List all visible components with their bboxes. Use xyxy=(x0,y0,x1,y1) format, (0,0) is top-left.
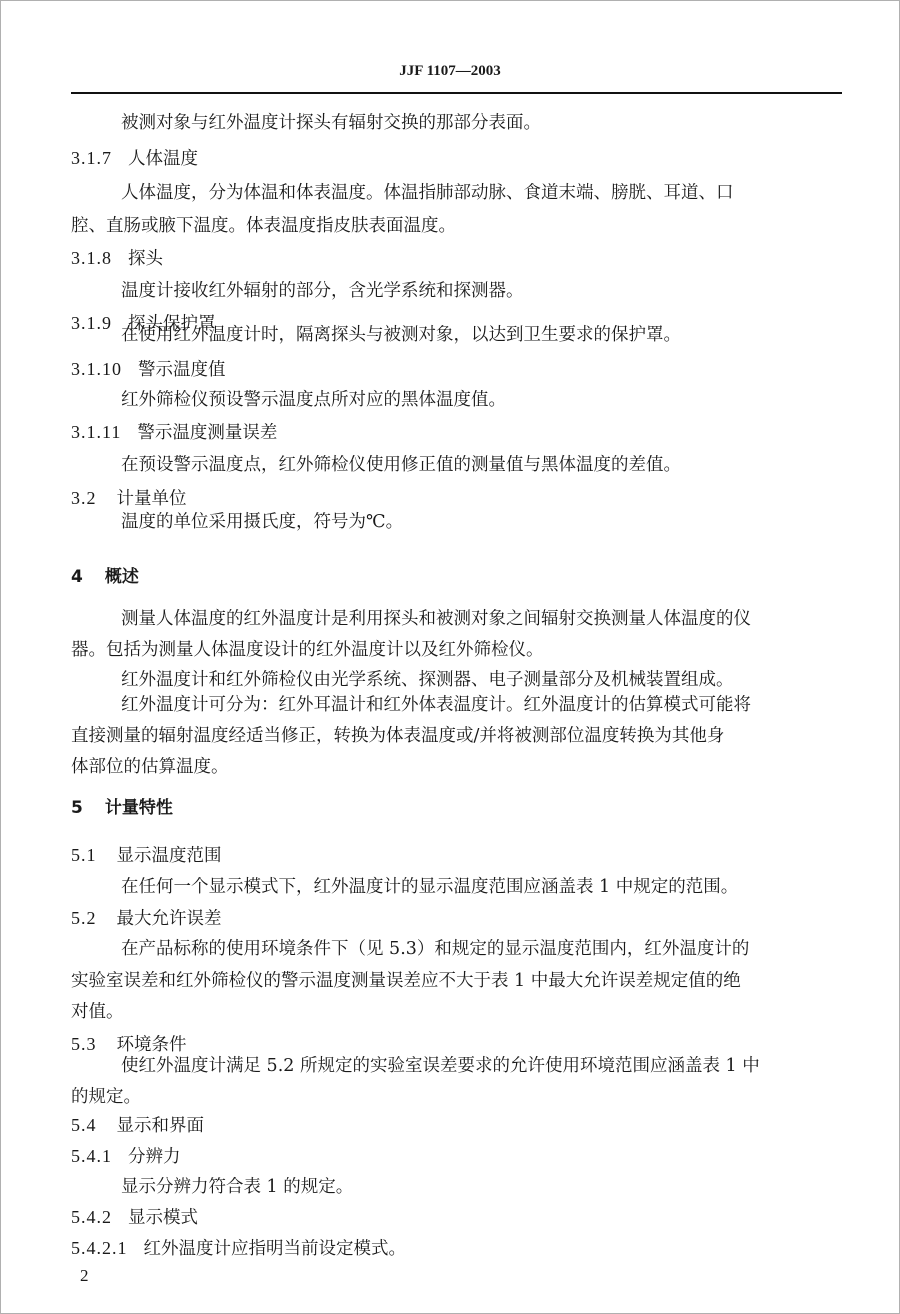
section-heading-5: 5计量特性 xyxy=(71,797,173,819)
clause-title: 分辨力 xyxy=(128,1147,181,1167)
clause-heading-5-4-1: 5.4.1分辨力 xyxy=(71,1145,181,1168)
section-heading-4: 4概述 xyxy=(71,566,139,588)
clause-number: 3.2 xyxy=(71,488,97,508)
clause-number: 5.4 xyxy=(71,1115,97,1135)
paragraph-line: 显示分辨力符合表 1 的规定。 xyxy=(121,1176,353,1198)
clause-heading-5-4-2: 5.4.2显示模式 xyxy=(71,1206,198,1229)
section-number: 4 xyxy=(71,567,83,587)
clause-title: 红外温度计应指明当前设定模式。 xyxy=(144,1239,407,1259)
clause-heading-5-1: 5.1显示温度范围 xyxy=(71,844,222,867)
clause-heading-5-2: 5.2最大允许误差 xyxy=(71,907,222,930)
clause-title: 警示温度值 xyxy=(138,360,226,380)
header-rule xyxy=(71,92,842,94)
clause-title: 最大允许误差 xyxy=(117,909,222,929)
paragraph-line: 红外温度计可分为：红外耳温计和红外体表温度计。红外温度计的估算模式可能将 xyxy=(121,694,751,716)
clause-title: 探头 xyxy=(128,249,163,269)
clause-number: 5.1 xyxy=(71,845,97,865)
clause-number: 5.3 xyxy=(71,1034,97,1054)
clause-number: 5.2 xyxy=(71,908,97,928)
document-page: JJF 1107—2003 被测对象与红外温度计探头有辐射交换的那部分表面。 3… xyxy=(0,0,900,1314)
clause-title: 环境条件 xyxy=(117,1035,187,1055)
document-code-header: JJF 1107—2003 xyxy=(1,63,899,80)
clause-number: 3.1.11 xyxy=(71,422,121,442)
clause-number: 5.4.1 xyxy=(71,1146,112,1166)
clause-title: 显示模式 xyxy=(128,1208,198,1228)
clause-heading-3-1-7: 3.1.7人体温度 xyxy=(71,147,198,170)
clause-number: 3.1.9 xyxy=(71,313,112,333)
paragraph-continuation: 直接测量的辐射温度经适当修正，转换为体表温度或/并将被测部位温度转换为其他身 xyxy=(71,725,724,747)
paragraph-line: 使红外温度计满足 5.2 所规定的实验室误差要求的允许使用环境范围应涵盖表 1 … xyxy=(121,1055,760,1077)
clause-heading-5-3: 5.3环境条件 xyxy=(71,1033,187,1056)
clause-title: 计量单位 xyxy=(117,489,187,509)
clause-heading-5-4: 5.4显示和界面 xyxy=(71,1114,204,1137)
paragraph-line: 红外温度计和红外筛检仪由光学系统、探测器、电子测量部分及机械装置组成。 xyxy=(121,669,734,691)
page-number: 2 xyxy=(80,1266,89,1286)
clause-title: 显示和界面 xyxy=(117,1116,205,1136)
paragraph-line: 在任何一个显示模式下，红外温度计的显示温度范围应涵盖表 1 中规定的范围。 xyxy=(121,876,738,898)
paragraph-line: 在产品标称的使用环境条件下（见 5.3）和规定的显示温度范围内，红外温度计的 xyxy=(121,938,749,960)
paragraph-line: 人体温度，分为体温和体表温度。体温指肺部动脉、食道末端、膀胱、耳道、口 xyxy=(121,182,734,204)
section-number: 5 xyxy=(71,798,83,818)
paragraph-line: 红外筛检仪预设警示温度点所对应的黑体温度值。 xyxy=(121,389,506,411)
paragraph-continuation: 器。包括为测量人体温度设计的红外温度计以及红外筛检仪。 xyxy=(71,639,544,661)
section-title: 计量特性 xyxy=(105,798,173,818)
paragraph-line: 测量人体温度的红外温度计是利用探头和被测对象之间辐射交换测量人体温度的仪 xyxy=(121,608,751,630)
clause-heading-3-1-10: 3.1.10警示温度值 xyxy=(71,358,226,381)
clause-title: 人体温度 xyxy=(128,149,198,169)
paragraph-line: 温度的单位采用摄氏度，符号为℃。 xyxy=(121,511,403,533)
clause-title: 警示温度测量误差 xyxy=(137,423,277,443)
clause-title: 显示温度范围 xyxy=(117,846,222,866)
paragraph-line: 在预设警示温度点，红外筛检仪使用修正值的测量值与黑体温度的差值。 xyxy=(121,454,681,476)
paragraph-line: 温度计接收红外辐射的部分，含光学系统和探测器。 xyxy=(121,280,524,302)
clause-heading-3-1-8: 3.1.8探头 xyxy=(71,247,163,270)
paragraph-continuation: 的规定。 xyxy=(71,1086,141,1108)
clause-number: 3.1.10 xyxy=(71,359,122,379)
paragraph-line: 被测对象与红外温度计探头有辐射交换的那部分表面。 xyxy=(121,112,541,134)
paragraph-continuation: 实验室误差和红外筛检仪的警示温度测量误差应不大于表 1 中最大允许误差规定值的绝 xyxy=(71,970,741,992)
paragraph-continuation: 对值。 xyxy=(71,1001,124,1023)
clause-number: 3.1.7 xyxy=(71,148,112,168)
clause-number: 5.4.2 xyxy=(71,1207,112,1227)
paragraph-continuation: 体部位的估算温度。 xyxy=(71,756,229,778)
clause-heading-5-4-2-1: 5.4.2.1红外温度计应指明当前设定模式。 xyxy=(71,1237,406,1260)
paragraph-continuation: 腔、直肠或腋下温度。体表温度指皮肤表面温度。 xyxy=(71,215,456,237)
clause-number: 3.1.8 xyxy=(71,248,112,268)
clause-number: 5.4.2.1 xyxy=(71,1238,128,1258)
paragraph-line: 在使用红外温度计时，隔离探头与被测对象，以达到卫生要求的保护罩。 xyxy=(121,324,681,346)
section-title: 概述 xyxy=(105,567,139,587)
clause-heading-3-2: 3.2计量单位 xyxy=(71,487,187,510)
clause-heading-3-1-11: 3.1.11警示温度测量误差 xyxy=(71,421,277,444)
